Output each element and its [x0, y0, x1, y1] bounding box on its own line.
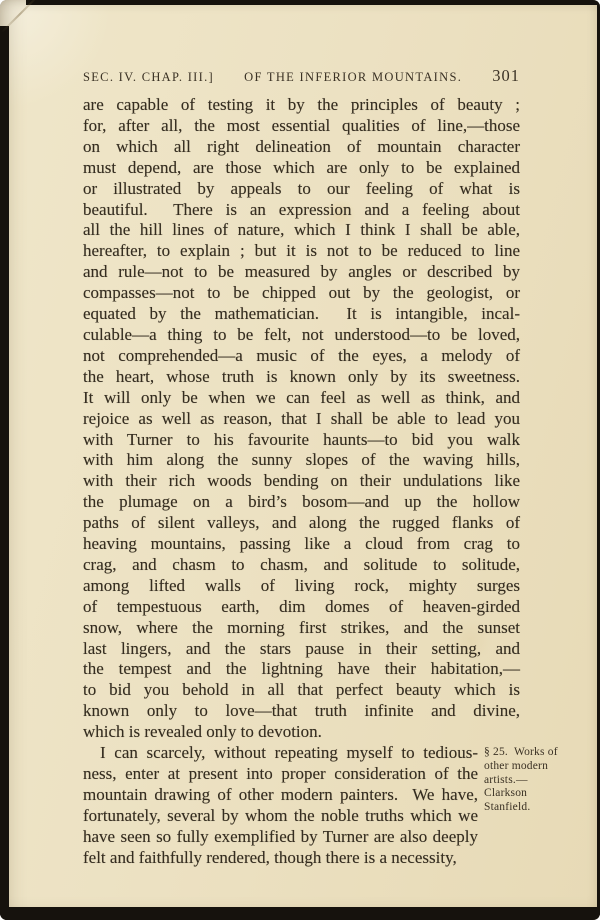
text-line: rejoice as well as reason, that I shall … — [83, 409, 520, 430]
text-line: beautiful. There is an expression and a … — [83, 200, 520, 221]
text-line: on which all right delineation of mounta… — [83, 137, 520, 158]
text-line: hereafter, to explain ; but it is not to… — [83, 241, 520, 262]
text-line: It will only be when we can feel as well… — [83, 388, 520, 409]
text-line: are capable of testing it by the princip… — [83, 95, 520, 116]
text-line: I can scarcely, without repeating myself… — [83, 743, 478, 764]
page-number: 301 — [492, 66, 520, 86]
section-chapter-label: SEC. IV. CHAP. III.] — [83, 70, 214, 85]
text-line: have seen so fully exemplified by Turner… — [83, 827, 478, 848]
text-line: heaving mountains, passing like a cloud … — [83, 534, 520, 555]
text-line: compasses—not to be chipped out by the g… — [83, 283, 520, 304]
text-line: snow, where the morning first strikes, a… — [83, 618, 520, 639]
text-line: for, after all, the most essential quali… — [83, 116, 520, 137]
paragraph-1: are capable of testing it by the princip… — [83, 95, 520, 743]
page-content: SEC. IV. CHAP. III.] OF THE INFERIOR MOU… — [9, 5, 597, 907]
text-line: felt and faithfully rendered, though the… — [83, 848, 478, 869]
text-line: mountain drawing of other modern painter… — [83, 785, 478, 806]
text-line: all the hill lines of nature, which I th… — [83, 220, 520, 241]
text-line: culable—a thing to be felt, not understo… — [83, 325, 520, 346]
text-line: with Turner to his favourite haunts—to b… — [83, 430, 520, 451]
text-line: among lifted walls of living rock, might… — [83, 576, 520, 597]
text-line: paths of silent valleys, and along the r… — [83, 513, 520, 534]
text-line: known only to love—that truth infinite a… — [83, 701, 520, 722]
scanned-book-page: SEC. IV. CHAP. III.] OF THE INFERIOR MOU… — [0, 0, 600, 920]
text-line: with him along the sunny slopes of the w… — [83, 450, 520, 471]
text-line: or illustrated by appeals to our feeling… — [83, 179, 520, 200]
scan-frame-left — [0, 26, 9, 920]
text-line: the plumage on a bird’s bosom—and up the… — [83, 492, 520, 513]
text-line: of tempestuous earth, dim domes of heave… — [83, 597, 520, 618]
text-line: must depend, are those which are only to… — [83, 158, 520, 179]
text-line: and rule—not to be measured by angles or… — [83, 262, 520, 283]
text-line: last lingers, and the stars pause in the… — [83, 639, 520, 660]
text-line: to bid you behold in all that perfect be… — [83, 680, 520, 701]
text-line: equated by the mathematician. It is inta… — [83, 304, 520, 325]
text-line: crag, and chasm to chasm, and solitude t… — [83, 555, 520, 576]
body-text: are capable of testing it by the princip… — [83, 95, 520, 869]
paragraph-2: I can scarcely, without repeating myself… — [83, 743, 478, 868]
text-line: the heart, whose truth is known only by … — [83, 367, 520, 388]
scan-frame-bottom — [0, 907, 600, 920]
text-line: the tempest and the lightning have their… — [83, 659, 520, 680]
text-line: which is revealed only to devotion. — [83, 722, 520, 743]
text-line: ness, enter at present into proper consi… — [83, 764, 478, 785]
text-line: with their rich woods bending on their u… — [83, 471, 520, 492]
text-line: not comprehended—a music of the eyes, a … — [83, 346, 520, 367]
text-line: fortunately, several by whom the noble t… — [83, 806, 478, 827]
paragraph-2-wrap: I can scarcely, without repeating myself… — [83, 743, 520, 868]
margin-note: § 25. Works of other modern artists.— Cl… — [484, 746, 592, 815]
running-head: SEC. IV. CHAP. III.] OF THE INFERIOR MOU… — [83, 66, 520, 86]
running-title: OF THE INFERIOR MOUNTAINS. — [244, 70, 462, 85]
